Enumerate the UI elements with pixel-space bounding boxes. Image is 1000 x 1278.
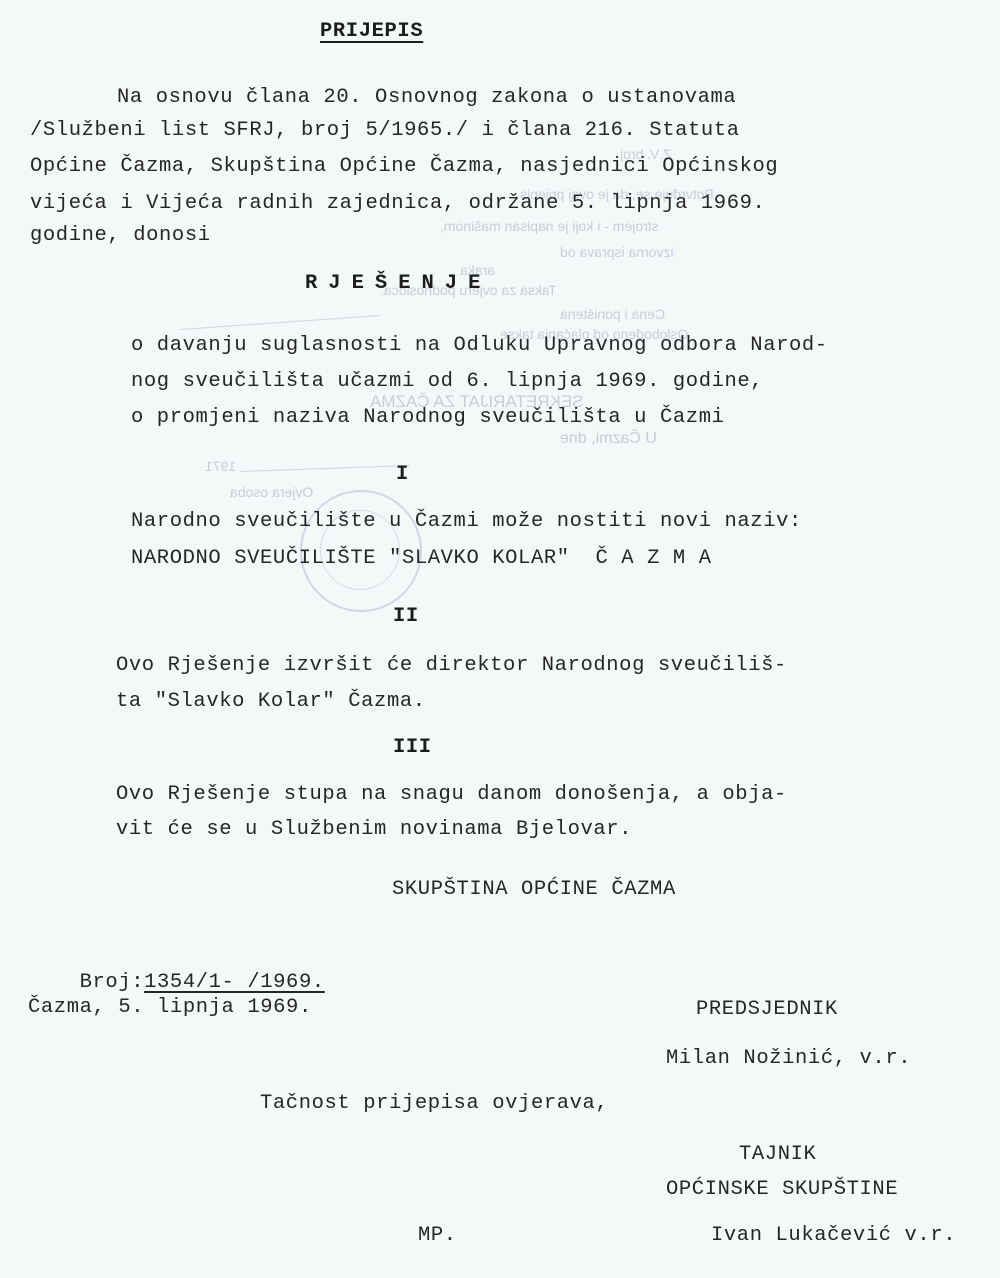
president-name: Milan Nožinić, v.r. bbox=[666, 1049, 911, 1070]
certification-text: Tačnost prijepisa ovjerava, bbox=[260, 1094, 608, 1115]
document-page: Z.V. broj Potvrđuje se, da je ovaj prije… bbox=[0, 0, 1000, 1278]
section-line: Ovo Rješenje stupa na snagu danom donoše… bbox=[116, 785, 787, 806]
section-numeral: III bbox=[393, 738, 432, 759]
subject-line: o davanju suglasnosti na Odluku Upravnog… bbox=[131, 336, 828, 357]
place-date: Čazma, 5. lipnja 1969. bbox=[28, 998, 312, 1019]
section-line: NARODNO SVEUČILIŠTE "SLAVKO KOLAR" Č A Z… bbox=[131, 549, 712, 570]
stamp-bleed-line: izvorna isprava od bbox=[560, 244, 674, 260]
stamp-bleed-stroke bbox=[240, 465, 410, 472]
stamp-bleed-line: 1971 bbox=[205, 458, 236, 474]
number-label: Broj: bbox=[80, 971, 145, 994]
preamble-line: Na osnovu člana 20. Osnovnog zakona o us… bbox=[117, 88, 736, 109]
subject-line: o promjeni naziva Narodnog sveučilišta u… bbox=[131, 408, 725, 429]
decision-heading: RJEŠENJE bbox=[305, 274, 491, 295]
section-numeral: II bbox=[393, 607, 419, 628]
preamble-line: godine, donosi bbox=[30, 226, 211, 247]
president-title: PREDSJEDNIK bbox=[696, 1000, 838, 1021]
section-line: Ovo Rješenje izvršit će direktor Narodno… bbox=[116, 656, 787, 677]
secretary-title: TAJNIK bbox=[739, 1145, 816, 1166]
stamp-bleed-line: strojem - i koji je napisan mašinom, bbox=[440, 218, 659, 234]
section-line: vit će se u Službenim novinama Bjelovar. bbox=[116, 820, 632, 841]
preamble-line: Općine Čazma, Skupština Općine Čazma, na… bbox=[30, 157, 778, 178]
secretary-name: Ivan Lukačević v.r. bbox=[711, 1226, 956, 1247]
section-line: ta "Slavko Kolar" Čazma. bbox=[116, 692, 426, 713]
issuer-name: SKUPŠTINA OPĆINE ČAZMA bbox=[392, 880, 676, 901]
subject-line: nog sveučilišta učazmi od 6. lipnja 1969… bbox=[131, 372, 763, 393]
number-value: 1354/1- /1969. bbox=[144, 971, 325, 994]
preamble-line: /Službeni list SFRJ, broj 5/1965./ i čla… bbox=[30, 121, 740, 142]
stamp-bleed-stroke bbox=[180, 315, 380, 330]
section-line: Narodno sveučilište u Čazmi može nostiti… bbox=[131, 512, 802, 533]
stamp-bleed-line: U Čazmi, dne bbox=[560, 430, 657, 448]
section-numeral: I bbox=[396, 465, 409, 486]
secretary-title: OPĆINSKE SKUPŠTINE bbox=[666, 1180, 898, 1201]
preamble-line: vijeća i Vijeća radnih zajednica, održan… bbox=[30, 194, 765, 215]
stamp-bleed-line: Cena i poništena bbox=[560, 306, 665, 322]
seal-mark: MP. bbox=[418, 1226, 457, 1247]
stamp-bleed-line: Ovjera osoba bbox=[230, 484, 313, 500]
document-title: PRIJEPIS bbox=[320, 22, 423, 43]
